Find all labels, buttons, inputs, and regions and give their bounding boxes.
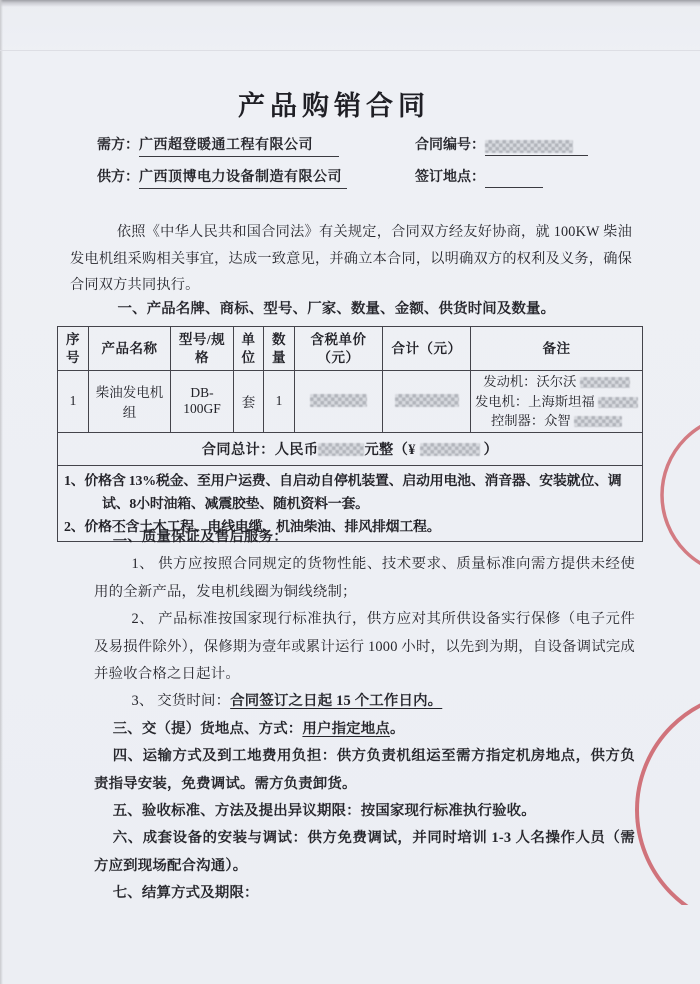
scan-crease-line xyxy=(0,50,700,51)
section-one-title: 一、产品名牌、商标、型号、厂家、数量、金额、供货时间及数量。 xyxy=(70,296,632,322)
engine-redaction xyxy=(580,377,630,388)
total-redaction xyxy=(395,394,459,407)
col-header-model: 型号/规格 xyxy=(171,327,234,371)
sign-place-field xyxy=(485,170,543,188)
cell-qty: 1 xyxy=(264,371,295,433)
scan-left-edge xyxy=(0,0,3,984)
alternator-redaction xyxy=(598,397,638,408)
scanned-contract-page: 产品购销合同 需方：广西超登暖通工程有限公司 合同编号： 供方：广西顶博电力设备… xyxy=(0,0,700,984)
contract-title: 产品购销合同 xyxy=(0,84,668,123)
contract-no-group: 合同编号： xyxy=(415,136,588,156)
controller-redaction xyxy=(574,416,622,427)
product-row: 1 柴油发电机组 DB-100GF 套 1 发动机：沃尔沃 发电机：上海斯坦福 … xyxy=(58,371,643,433)
col-header-qty: 数量 xyxy=(264,327,295,371)
col-header-unit: 单位 xyxy=(234,327,264,371)
remark-alternator: 发电机：上海斯坦福 xyxy=(473,392,640,412)
remark-engine: 发动机：沃尔沃 xyxy=(473,372,640,392)
clause-5-acceptance: 五、验收标准、方法及提出异议期限：按国家现行标准执行验收。 xyxy=(94,798,635,825)
cell-unit: 套 xyxy=(234,371,264,433)
clause-2-item-2: 2、 产品标准按国家现行标准执行，供方应对其所供设备实行保修（电子元件及易损件除… xyxy=(94,606,635,688)
clause-6-installation: 六、成套设备的安装与调试：供方免费调试，并同时培训 1-3 人名操作人员（需方应… xyxy=(94,825,635,880)
col-header-name: 产品名称 xyxy=(89,327,171,371)
product-table: 序号 产品名称 型号/规格 单位 数量 含税单价（元） 合计（元） 备注 1 柴… xyxy=(57,326,643,542)
clause-2-item-1: 1、 供方应按照合同规定的货物性能、技术要求、质量标准向需方提供未经使用的全新产… xyxy=(94,551,635,606)
total-amount-cn-redaction xyxy=(318,443,364,456)
total-amount-num-redaction xyxy=(420,443,480,456)
seal-ring xyxy=(637,692,700,905)
clause-2-item-3-delivery-time: 3、 交货时间：合同签订之日起 15 个工作日内。 xyxy=(94,688,635,715)
col-header-price: 含税单价（元） xyxy=(295,327,383,371)
cell-total xyxy=(383,371,471,433)
cell-remark: 发动机：沃尔沃 发电机：上海斯坦福 控制器：众智 xyxy=(471,371,643,433)
cell-price xyxy=(295,371,383,433)
clause-2-quality-heading: 二、质量保证及售后服务： xyxy=(94,524,635,551)
contract-no-field xyxy=(485,138,588,156)
contract-no-label: 合同编号： xyxy=(415,138,485,153)
cell-model: DB-100GF xyxy=(171,371,234,433)
buyer-name: 广西超登暖通工程有限公司 xyxy=(139,136,339,157)
contract-no-redaction xyxy=(485,140,573,153)
col-header-no: 序号 xyxy=(58,327,89,371)
cell-name: 柴油发电机组 xyxy=(89,371,171,433)
scan-top-edge xyxy=(0,0,700,7)
clause-7-settlement: 七、结算方式及期限： xyxy=(94,880,635,907)
note-1: 1、价格含 13%税金、至用户运费、自启动自停机装置、启动用电池、消音器、安装就… xyxy=(64,470,637,516)
price-redaction xyxy=(310,394,367,407)
buyer-row: 需方：广西超登暖通工程有限公司 合同编号： xyxy=(97,136,657,157)
sign-place-label: 签订地点： xyxy=(415,170,485,185)
intro-paragraph: 依照《中华人民共和国合同法》有关规定，合同双方经友好协商，就 100KW 柴油发… xyxy=(70,219,632,299)
table-header-row: 序号 产品名称 型号/规格 单位 数量 含税单价（元） 合计（元） 备注 xyxy=(58,327,643,371)
seal-ring xyxy=(662,415,700,575)
buyer-label: 需方： xyxy=(97,138,139,153)
col-header-remark: 备注 xyxy=(471,327,643,371)
grand-total-cell: 合同总计：人民币元整（¥ ） xyxy=(58,432,643,465)
cell-no: 1 xyxy=(58,371,89,433)
clause-3-delivery-place: 三、交（提）货地点、方式：用户指定地点。 xyxy=(94,716,635,743)
grand-total-row: 合同总计：人民币元整（¥ ） xyxy=(58,432,643,465)
supplier-name: 广西顶博电力设备制造有限公司 xyxy=(139,168,347,189)
supplier-row: 供方：广西顶博电力设备制造有限公司 签订地点： xyxy=(97,168,657,189)
clauses-block: 二、质量保证及售后服务： 1、 供方应按照合同规定的货物性能、技术要求、质量标准… xyxy=(94,524,635,908)
col-header-total: 合计（元） xyxy=(383,327,471,371)
supplier-label: 供方： xyxy=(97,170,139,185)
remark-controller: 控制器：众智 xyxy=(473,411,640,431)
sign-place-group: 签订地点： xyxy=(415,168,543,188)
clause-4-transport: 四、运输方式及到工地费用负担：供方负责机组运至需方指定机房地点，供方负责指导安装… xyxy=(94,743,635,798)
